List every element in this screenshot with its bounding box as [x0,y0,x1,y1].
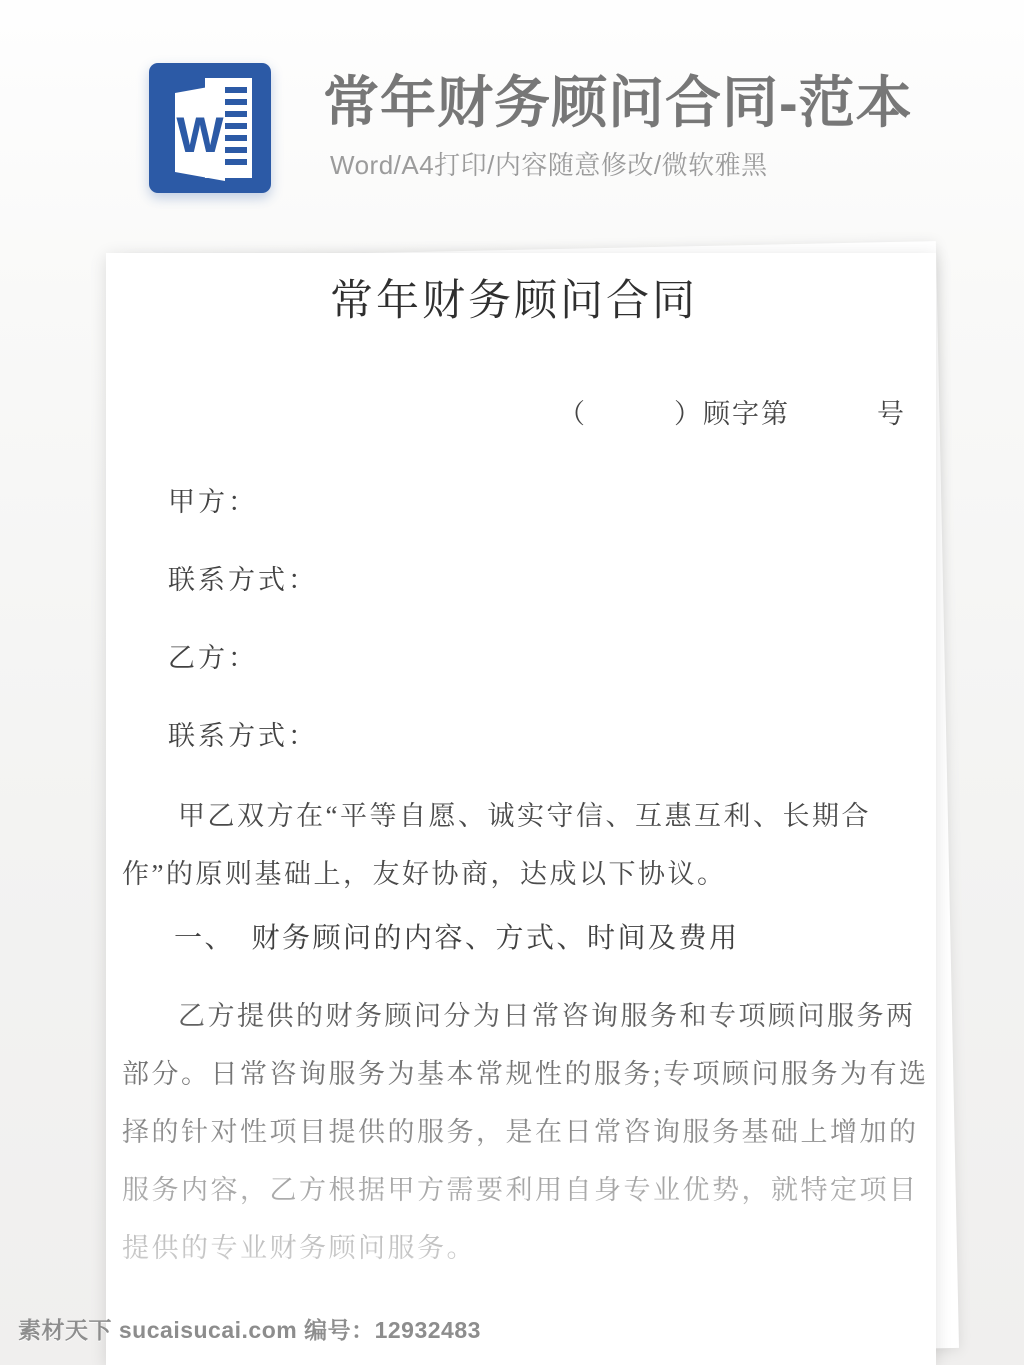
section-heading: 一、 财务顾问的内容、方式、时间及费用 [122,919,906,959]
word-icon: W [149,63,271,193]
template-preview-page: W 常年财务顾问合同-范本 Word/A4打印/内容随意修改/微软雅黑 常年财务… [0,0,1024,1365]
field-party-b: 乙方： [122,641,906,675]
document-title: 常年财务顾问合同 [122,277,906,327]
header: W 常年财务顾问合同-范本 Word/A4打印/内容随意修改/微软雅黑 [0,0,1024,240]
field-contact-b: 联系方式： [122,719,906,753]
intro-line-1: 甲乙双方在“平等自愿、诚实守信、互惠互利、长期合 [122,787,906,845]
page-subtitle: Word/A4打印/内容随意修改/微软雅黑 [330,149,768,181]
body-line-1: 乙方提供的财务顾问分为日常咨询服务和专项顾问服务两 [122,987,906,1045]
watermark: 素材天下 sucaisucai.com 编号：12932483 [18,1316,481,1344]
intro-line-2: 作”的原则基础上，友好协商，达成以下协议。 [122,845,906,903]
body-line-3: 择的针对性项目提供的服务，是在日常咨询服务基础上增加的 [122,1103,906,1161]
word-icon-letter: W [176,107,224,163]
document-ref-number-line: （ ）顾字第 号 [122,397,906,431]
body-line-2: 部分。日常咨询服务为基本常规性的服务;专项顾问服务为有选 [122,1045,906,1103]
intro-paragraph: 甲乙双方在“平等自愿、诚实守信、互惠互利、长期合 作”的原则基础上，友好协商，达… [122,787,906,903]
field-party-a: 甲方： [122,485,906,519]
body-line-5: 提供的专业财务顾问服务。 [122,1219,906,1277]
body-paragraph: 乙方提供的财务顾问分为日常咨询服务和专项顾问服务两 部分。日常咨询服务为基本常规… [122,987,906,1277]
word-icon-graphic: W [149,63,271,193]
document-page: 常年财务顾问合同 （ ）顾字第 号 甲方： 联系方式： 乙方： 联系方式： 甲乙… [106,253,936,1365]
body-line-4: 服务内容，乙方根据甲方需要利用自身专业优势，就特定项目 [122,1161,906,1219]
field-contact-a: 联系方式： [122,563,906,597]
page-title: 常年财务顾问合同-范本 [323,72,913,134]
